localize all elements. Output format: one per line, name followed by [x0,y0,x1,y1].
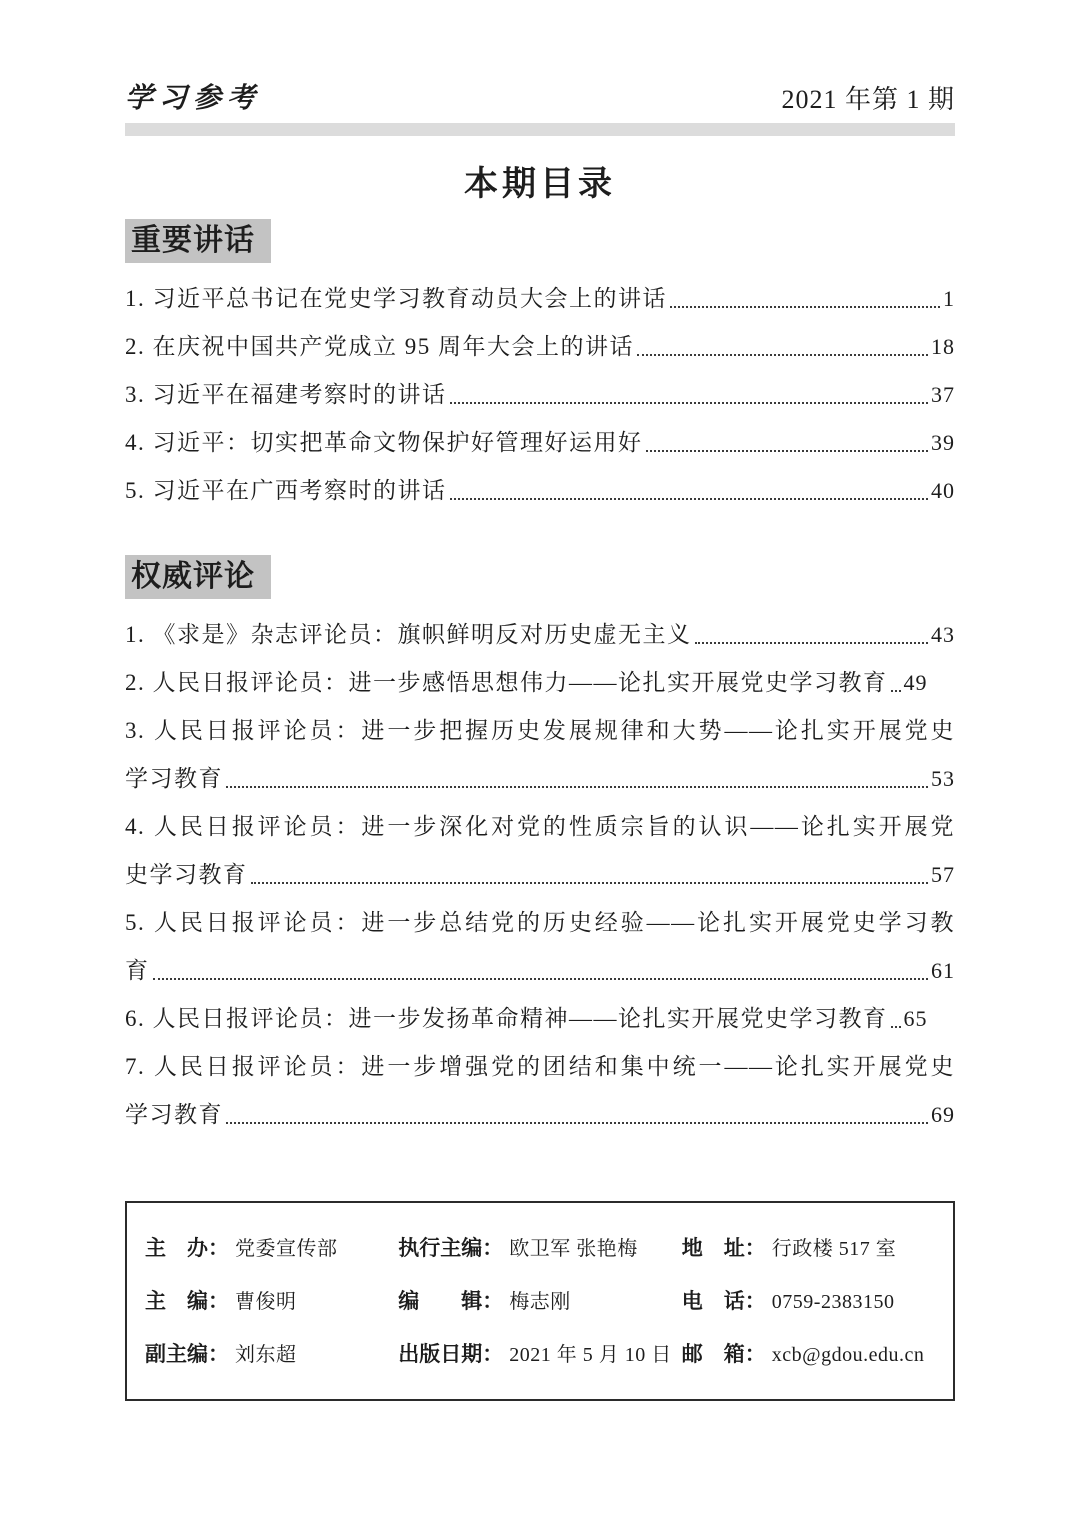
toc-entry: 2. 人民日报评论员：进一步感悟思想伟力——论扎实开展党史学习教育 49 [125,669,955,697]
field-value: 2021 年 5 月 10 日 [509,1342,672,1369]
dot-leader [251,882,929,884]
entry-text-line2: 学习教育 [125,765,223,793]
colophon-chief-editor: 主 编： 曹俊明 [145,1288,398,1316]
entry-text: 2. 人民日报评论员：进一步感悟思想伟力——论扎实开展党史学习教育 [125,669,888,697]
dot-leader [450,498,929,500]
field-label: 邮 箱： [682,1341,766,1368]
page-number: 61 [931,957,955,985]
page-number: 69 [931,1101,955,1129]
page-title: 本期目录 [125,156,955,205]
page-number: 49 [904,669,928,697]
page-number: 18 [931,333,955,361]
entry-text-line2: 史学习教育 [125,861,248,889]
section-title: 重要讲话 [125,219,271,263]
journal-name: 学习参考 [125,76,261,116]
colophon-address: 地 址： 行政楼 517 室 [682,1235,935,1263]
colophon-box: 主 办： 党委宣传部 执行主编： 欧卫军 张艳梅 地 址： 行政楼 517 室 … [125,1201,955,1401]
entry-text-line2: 学习教育 [125,1101,223,1129]
colophon-publish-date: 出版日期： 2021 年 5 月 10 日 [398,1341,682,1369]
entry-line2: 史学习教育 57 [125,861,955,889]
toc-entry: 4. 习近平：切实把革命文物保护好管理好运用好 39 [125,429,955,457]
colophon-editor: 编 辑： 梅志刚 [398,1288,682,1316]
field-value: 欧卫军 张艳梅 [509,1236,638,1263]
page-number: 57 [931,861,955,889]
field-value: 曹俊明 [235,1289,297,1316]
toc-entry: 7. 人民日报评论员：进一步增强党的团结和集中统一——论扎实开展党史 学习教育 … [125,1053,955,1129]
entry-line2: 学习教育 69 [125,1101,955,1129]
field-label: 编 辑： [398,1288,503,1315]
header-divider [125,123,955,136]
field-value: 行政楼 517 室 [772,1236,897,1263]
colophon-deputy-editor: 副主编： 刘东超 [145,1341,398,1369]
section-important-speeches: 重要讲话 1. 习近平总书记在党史学习教育动员大会上的讲话 1 2. 在庆祝中国… [125,219,955,505]
field-value: 0759-2383150 [772,1289,895,1316]
dot-leader [891,690,901,692]
dot-leader [450,402,929,404]
field-label: 地 址： [682,1235,766,1262]
dot-leader [226,786,928,788]
page-number: 1 [943,285,955,313]
field-label: 副主编： [145,1341,229,1368]
field-value: xcb@gdou.edu.cn [772,1342,925,1369]
toc-entry: 2. 在庆祝中国共产党成立 95 周年大会上的讲话 18 [125,333,955,361]
colophon-executive-editor: 执行主编： 欧卫军 张艳梅 [398,1235,682,1263]
field-label: 出版日期： [398,1341,503,1368]
toc-list: 1. 习近平总书记在党史学习教育动员大会上的讲话 1 2. 在庆祝中国共产党成立… [125,285,955,505]
dot-leader [646,450,929,452]
toc-entry: 1. 《求是》杂志评论员：旗帜鲜明反对历史虚无主义 43 [125,621,955,649]
field-value: 刘东超 [235,1342,297,1369]
entry-text-line1: 5. 人民日报评论员：进一步总结党的历史经验——论扎实开展党史学习教 [125,909,955,937]
entry-text-line2: 育 [125,957,150,985]
page-number: 53 [931,765,955,793]
colophon-phone: 电 话： 0759-2383150 [682,1288,935,1316]
dot-leader [695,642,929,644]
dot-leader [637,354,928,356]
toc-entry: 5. 人民日报评论员：进一步总结党的历史经验——论扎实开展党史学习教 育 61 [125,909,955,985]
toc-page: 学习参考 2021 年第 1 期 本期目录 重要讲话 1. 习近平总书记在党史学… [0,0,1080,1526]
entry-text: 3. 习近平在福建考察时的讲话 [125,381,447,409]
entry-text-line1: 4. 人民日报评论员：进一步深化对党的性质宗旨的认识——论扎实开展党 [125,813,955,841]
entry-text: 1. 《求是》杂志评论员：旗帜鲜明反对历史虚无主义 [125,621,692,649]
field-label: 电 话： [682,1288,766,1315]
colophon-email: 邮 箱： xcb@gdou.edu.cn [682,1341,935,1369]
dot-leader [226,1122,928,1124]
issue-label: 2021 年第 1 期 [781,79,955,116]
toc-entry: 5. 习近平在广西考察时的讲话 40 [125,477,955,505]
section-title: 权威评论 [125,555,271,599]
field-value: 梅志刚 [509,1289,571,1316]
field-label: 主 编： [145,1288,229,1315]
entry-text: 1. 习近平总书记在党史学习教育动员大会上的讲话 [125,285,667,313]
page-number: 37 [931,381,955,409]
dot-leader [153,978,929,980]
page-header: 学习参考 2021 年第 1 期 [125,76,955,116]
page-number: 65 [904,1005,928,1033]
toc-entry: 1. 习近平总书记在党史学习教育动员大会上的讲话 1 [125,285,955,313]
toc-entry: 3. 人民日报评论员：进一步把握历史发展规律和大势——论扎实开展党史 学习教育 … [125,717,955,793]
entry-text: 4. 习近平：切实把革命文物保护好管理好运用好 [125,429,643,457]
entry-line2: 学习教育 53 [125,765,955,793]
toc-entry: 3. 习近平在福建考察时的讲话 37 [125,381,955,409]
entry-line2: 育 61 [125,957,955,985]
page-number: 43 [931,621,955,649]
page-number: 39 [931,429,955,457]
dot-leader [891,1026,901,1028]
colophon-organizer: 主 办： 党委宣传部 [145,1235,398,1263]
entry-text: 6. 人民日报评论员：进一步发扬革命精神——论扎实开展党史学习教育 [125,1005,888,1033]
field-label: 主 办： [145,1235,229,1262]
section-authoritative-commentary: 权威评论 1. 《求是》杂志评论员：旗帜鲜明反对历史虚无主义 43 2. 人民日… [125,555,955,1129]
toc-list: 1. 《求是》杂志评论员：旗帜鲜明反对历史虚无主义 43 2. 人民日报评论员：… [125,621,955,1129]
toc-entry: 4. 人民日报评论员：进一步深化对党的性质宗旨的认识——论扎实开展党 史学习教育… [125,813,955,889]
field-label: 执行主编： [398,1235,503,1262]
dot-leader [670,306,940,308]
toc-entry: 6. 人民日报评论员：进一步发扬革命精神——论扎实开展党史学习教育 65 [125,1005,955,1033]
entry-text-line1: 3. 人民日报评论员：进一步把握历史发展规律和大势——论扎实开展党史 [125,717,955,745]
field-value: 党委宣传部 [235,1236,338,1263]
entry-text: 2. 在庆祝中国共产党成立 95 周年大会上的讲话 [125,333,634,361]
page-number: 40 [931,477,955,505]
entry-text-line1: 7. 人民日报评论员：进一步增强党的团结和集中统一——论扎实开展党史 [125,1053,955,1081]
entry-text: 5. 习近平在广西考察时的讲话 [125,477,447,505]
